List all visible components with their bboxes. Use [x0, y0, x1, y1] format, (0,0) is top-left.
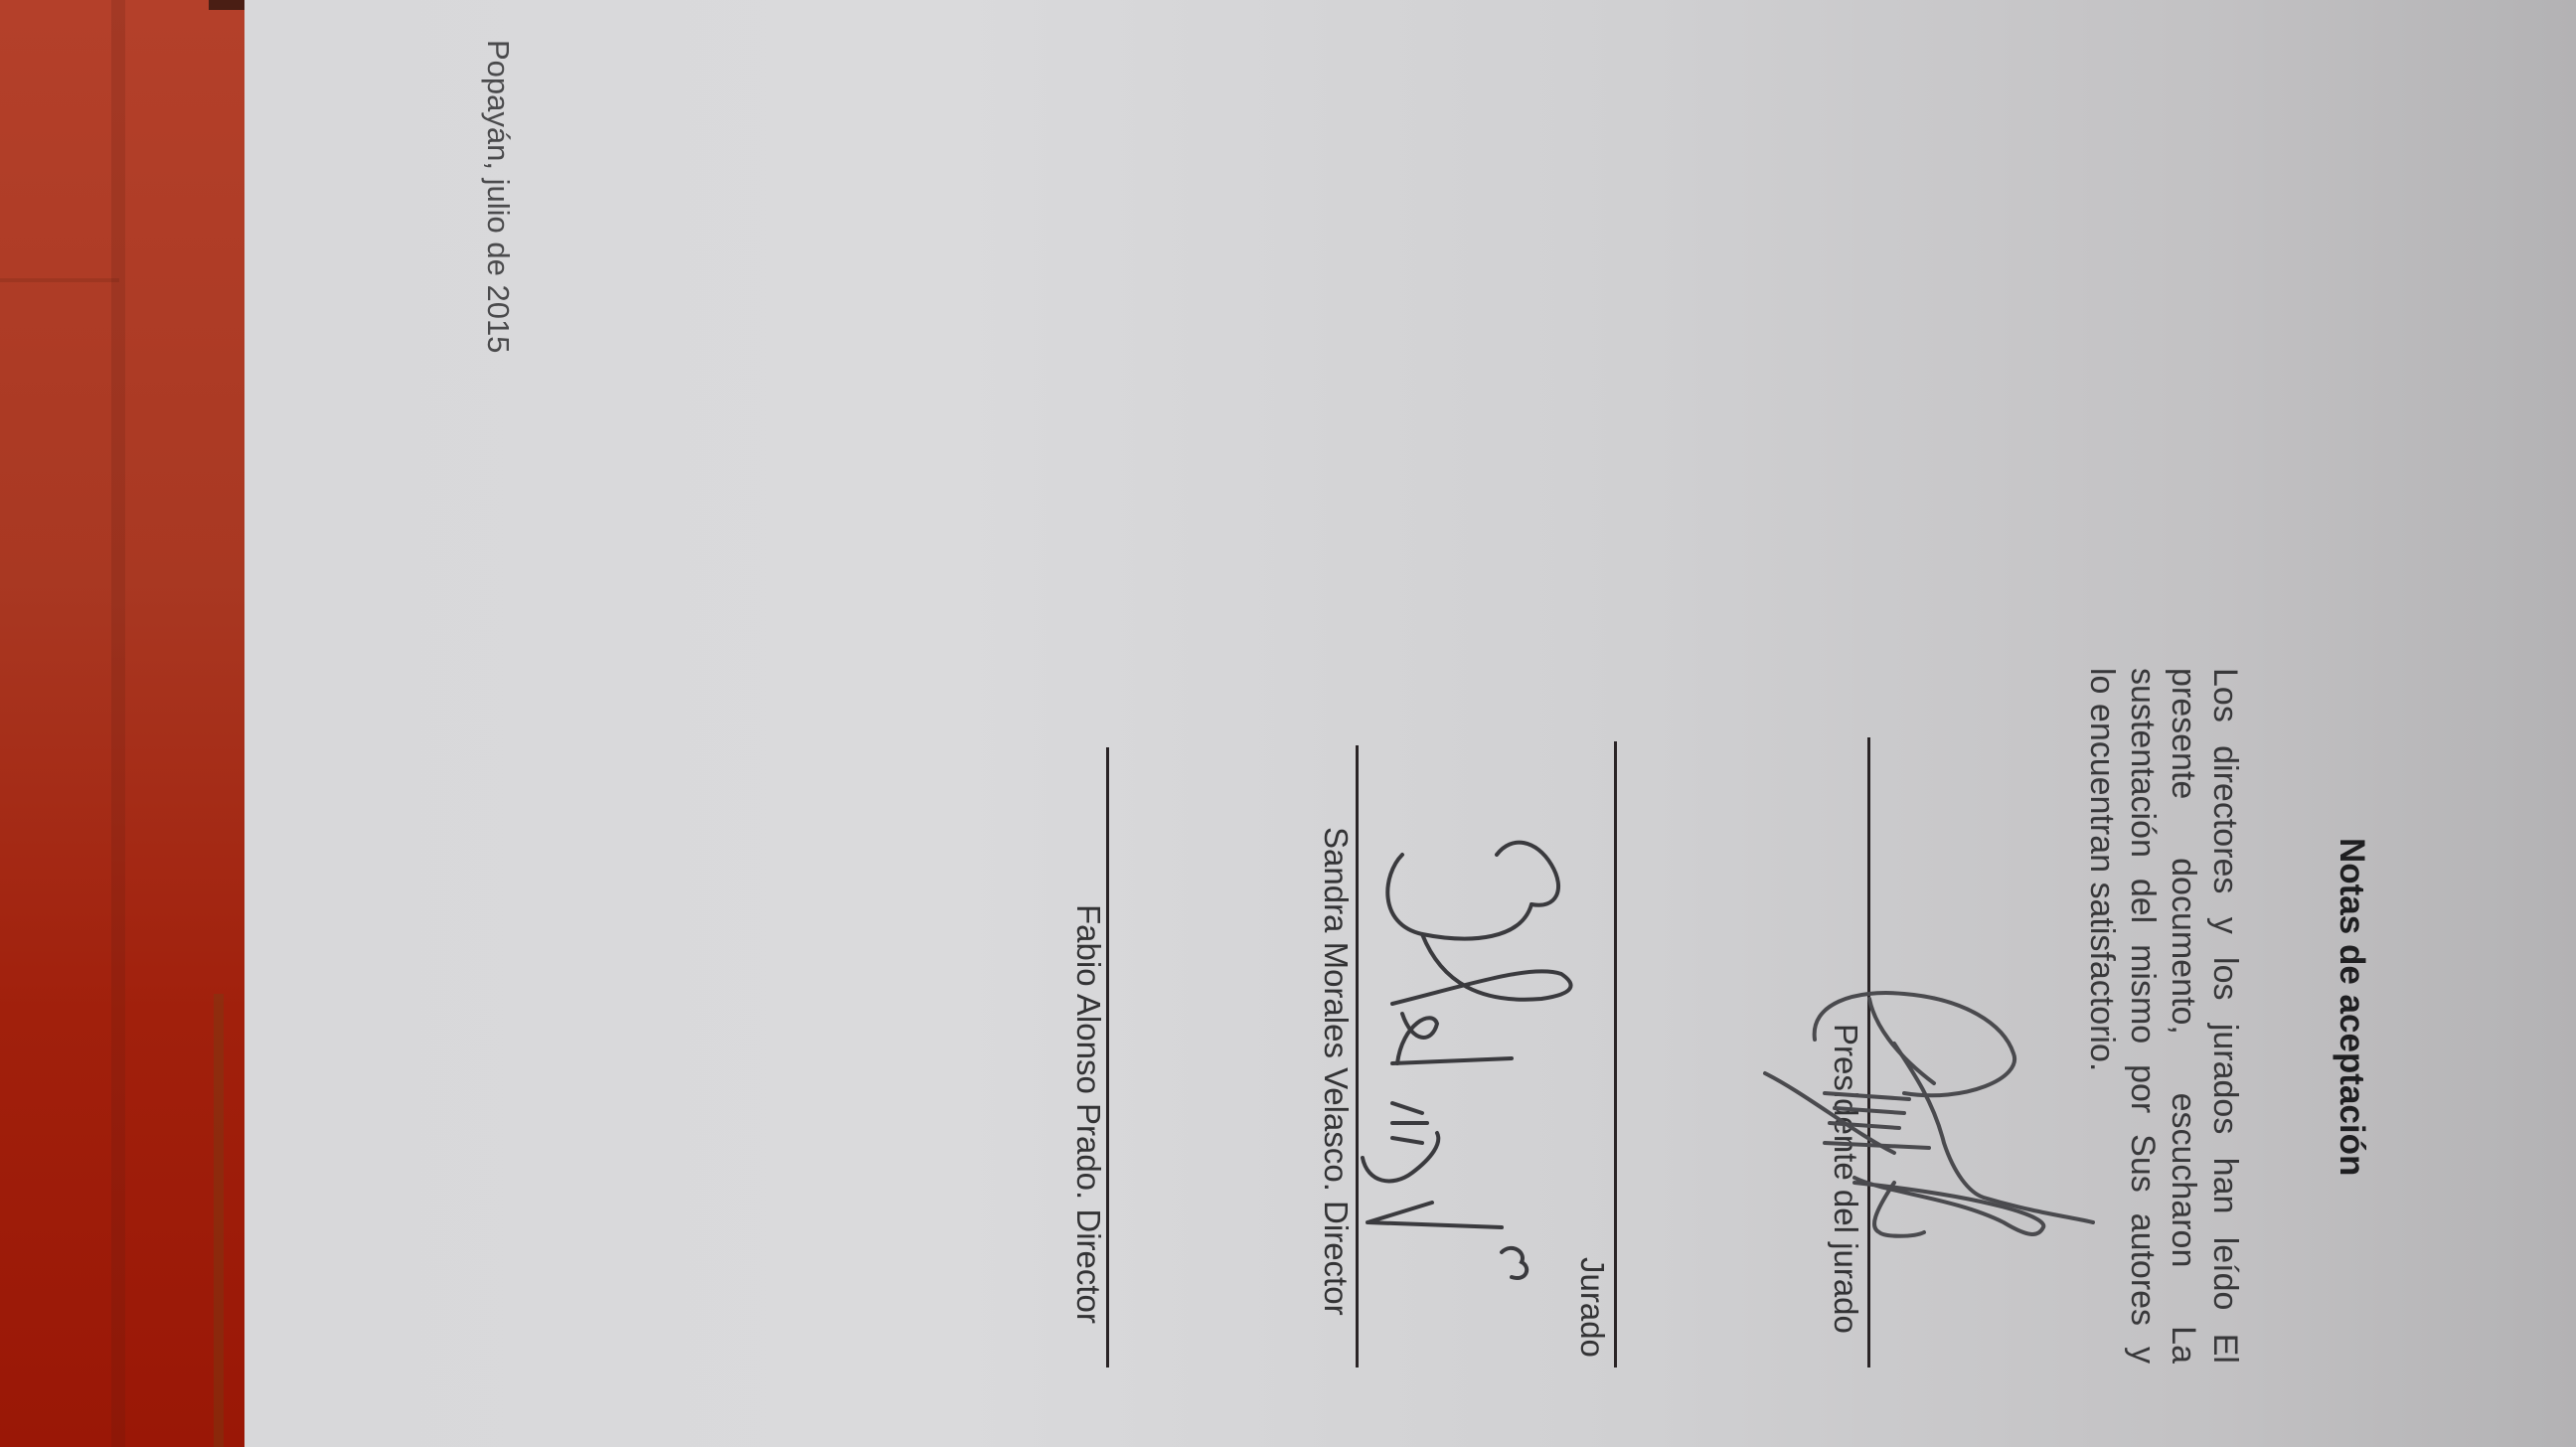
word: mismo	[2123, 944, 2162, 1044]
paragraph-line: sustentación del mismo por Sus autores y	[2123, 668, 2162, 1364]
surface-seam	[0, 278, 119, 282]
handwritten-signature-sandra	[1363, 815, 1621, 1332]
word: escucharon	[2164, 1093, 2202, 1268]
word: han	[2205, 1158, 2244, 1214]
word: La	[2164, 1326, 2202, 1364]
surface-seam	[214, 994, 224, 1447]
word: sustentación	[2123, 668, 2162, 858]
page-title: Notas de aceptación	[2332, 838, 2371, 1176]
word: documento,	[2164, 858, 2202, 1035]
signature-line-sandra	[1356, 745, 1359, 1367]
word: los	[2205, 957, 2244, 1000]
word: y	[2123, 1347, 2162, 1364]
signature-label-fabio: Fabio Alonso Prado. Director	[1069, 904, 1107, 1324]
word: del	[2123, 879, 2162, 923]
word: autores	[2123, 1213, 2162, 1326]
word: leído	[2205, 1237, 2244, 1311]
word: por	[2123, 1064, 2162, 1113]
word: directores	[2205, 745, 2244, 893]
red-surface-background	[0, 0, 258, 1447]
paragraph-line: Los directores y los jurados han leído E…	[2205, 668, 2244, 1364]
surface-seam	[111, 0, 125, 1447]
signature-label-sandra: Sandra Morales Velasco. Director	[1317, 827, 1355, 1316]
document-page: Notas de aceptación Los directores y los…	[244, 0, 2576, 1447]
surface-shadow	[209, 0, 248, 10]
word: Sus	[2123, 1134, 2162, 1193]
paragraph-line: presente documento, escucharon La	[2164, 668, 2202, 1364]
handwritten-signature-presidente	[1795, 984, 2093, 1242]
word: jurados	[2205, 1024, 2244, 1135]
word: Los	[2205, 668, 2244, 723]
word: El	[2205, 1334, 2244, 1364]
place-date: Popayán, julio de 2015	[480, 40, 516, 353]
word: presente	[2164, 668, 2202, 799]
word: y	[2205, 917, 2244, 934]
